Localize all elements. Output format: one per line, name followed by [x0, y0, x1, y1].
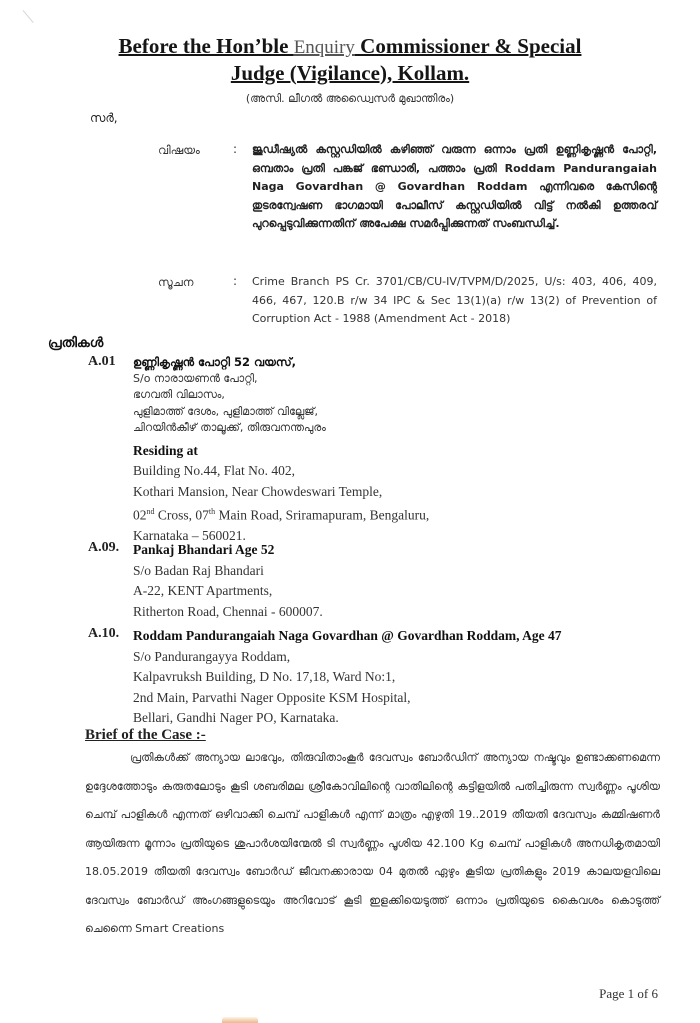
- accused-heading: പ്രതികൾ: [48, 335, 103, 351]
- address-line: Kothari Mansion, Near Chowdeswari Temple…: [133, 482, 429, 503]
- accused-name: ഉണ്ണികൃഷ്ണൻ പോറ്റി 52 വയസ്,: [133, 354, 429, 371]
- scan-mark: [23, 1, 45, 23]
- title-part-1: Before the Hon’ble: [119, 34, 294, 58]
- stamp-trace: [222, 1017, 258, 1023]
- accused-id: A.09.: [88, 540, 119, 556]
- accused-name: Pankaj Bhandari Age 52: [133, 540, 323, 561]
- title-part-2: Enquiry: [294, 37, 355, 58]
- address-line: S/o നാരായണൻ പോറ്റി,: [133, 371, 429, 388]
- accused-id: A.10.: [88, 626, 119, 642]
- subject-label: വിഷയം: [158, 143, 200, 158]
- accused-name: Roddam Pandurangaiah Naga Govardhan @ Go…: [133, 626, 562, 647]
- page-number: Page 1 of 6: [599, 986, 658, 1002]
- document-subtitle: (അസി. ലീഗൽ അഡ്വൈസർ മുഖാന്തിരം): [0, 92, 700, 106]
- brief-paragraph: പ്രതികൾക്ക് അന്യായ ലാഭവും, തിരുവിതാംകൂർ …: [85, 744, 660, 944]
- accused-details: Roddam Pandurangaiah Naga Govardhan @ Go…: [133, 626, 562, 729]
- title-part-3: Commissioner & Special: [355, 34, 582, 58]
- document-title: Before the Hon’ble Enquiry Commissioner …: [0, 33, 700, 61]
- address-line: 02nd Cross, 07th Main Road, Sriramapuram…: [133, 502, 429, 526]
- address-line: S/o Badan Raj Bhandari: [133, 561, 323, 582]
- brief-heading: Brief of the Case :-: [85, 727, 206, 744]
- address-line: Bellari, Gandhi Nager PO, Karnataka.: [133, 708, 562, 729]
- salutation: സർ,: [90, 111, 118, 126]
- address-line: Building No.44, Flat No. 402,: [133, 461, 429, 482]
- brief-body: പ്രതികൾക്ക് അന്യായ ലാഭവും, തിരുവിതാംകൂർ …: [85, 744, 660, 944]
- address-line: S/o Pandurangayya Roddam,: [133, 647, 562, 668]
- address-line: A-22, KENT Apartments,: [133, 581, 323, 602]
- address-line: Ritherton Road, Chennai - 600007.: [133, 602, 323, 623]
- reference-colon: :: [233, 274, 237, 288]
- subject-colon: :: [233, 142, 237, 156]
- address-line: ചിറയിൻകീഴ് താലൂക്ക്, തിരുവനന്തപുരം: [133, 420, 429, 437]
- document-title-line-2: Judge (Vigilance), Kollam.: [0, 60, 700, 86]
- accused-details: Pankaj Bhandari Age 52 S/o Badan Raj Bha…: [133, 540, 323, 622]
- residing-label: Residing at: [133, 441, 429, 462]
- title-line-2-text: Judge (Vigilance), Kollam.: [231, 61, 469, 85]
- subject-text: ജുഡീഷ്യൽ കസ്റ്റഡിയിൽ കഴിഞ്ഞ് വരുന്ന ഒന്ന…: [252, 141, 657, 234]
- reference-label: സൂചന: [158, 275, 193, 290]
- accused-id: A.01: [88, 354, 116, 370]
- reference-text: Crime Branch PS Cr. 3701/CB/CU-IV/TVPM/D…: [252, 273, 657, 329]
- accused-details: ഉണ്ണികൃഷ്ണൻ പോറ്റി 52 വയസ്, S/o നാരായണൻ …: [133, 354, 429, 547]
- address-line: 2nd Main, Parvathi Nager Opposite KSM Ho…: [133, 688, 562, 709]
- address-line: Kalpavruksh Building, D No. 17,18, Ward …: [133, 667, 562, 688]
- address-line: പുളിമാത്ത് ദേശം, പുളിമാത്ത് വില്ലേജ്,: [133, 404, 429, 421]
- address-line: ഭഗവതി വിലാസം,: [133, 387, 429, 404]
